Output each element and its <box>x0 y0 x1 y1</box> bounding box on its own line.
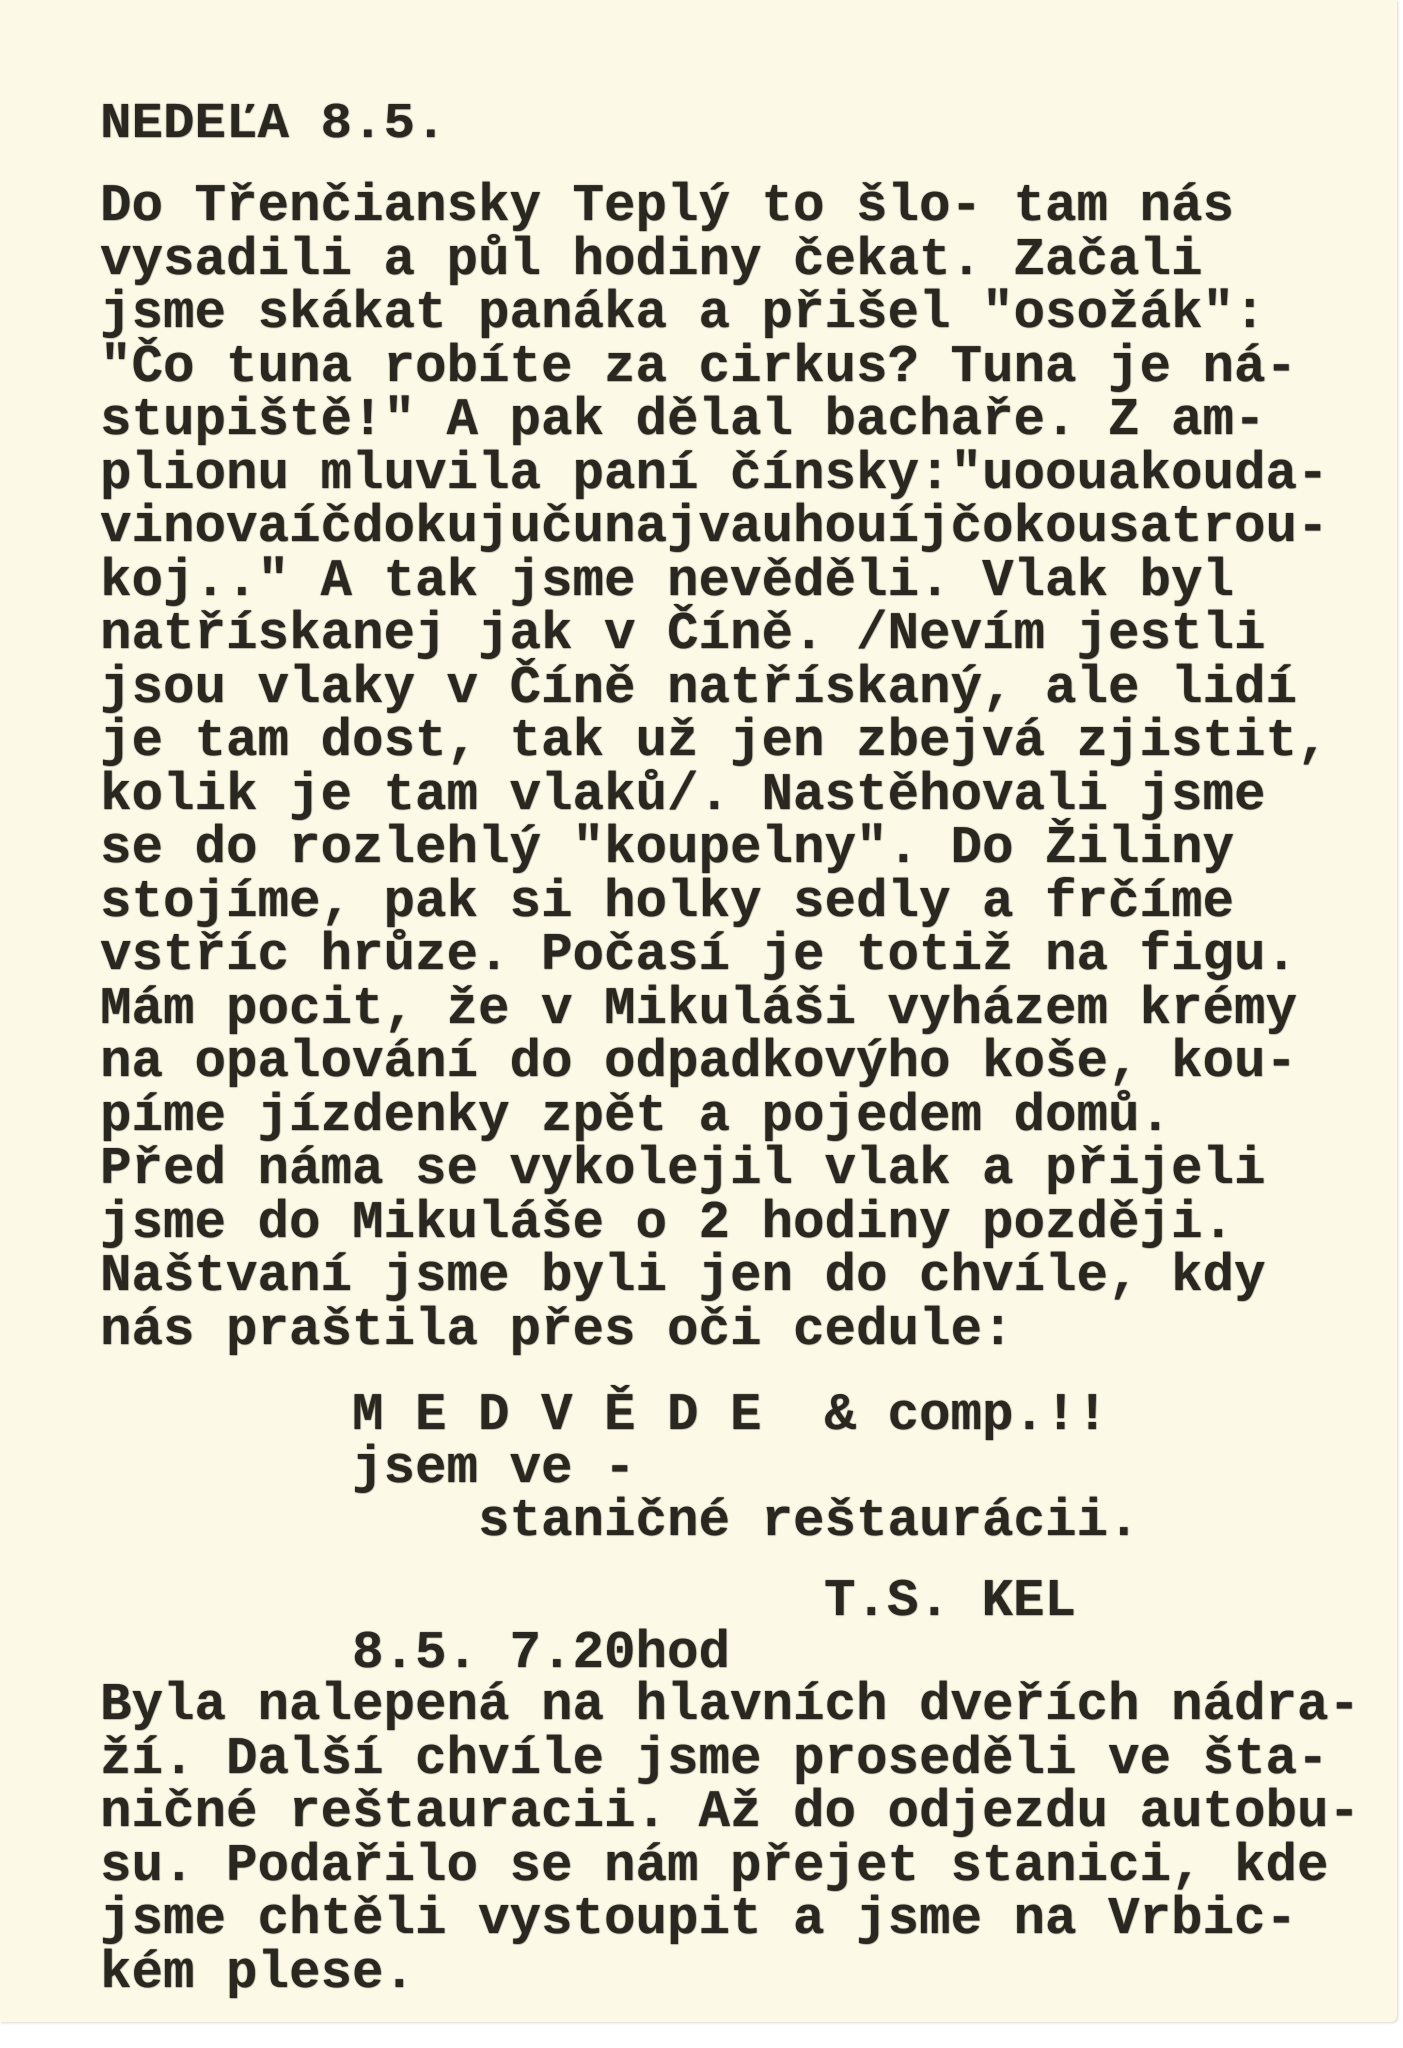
body-line: se do rozlehlý "koupelny". Do Žiliny <box>100 822 1234 875</box>
body-line: koj.." A tak jsme nevěděli. Vlak byl <box>100 555 1234 608</box>
closing-line: Byla nalepená na hlavních dveřích nádra- <box>100 1679 1360 1732</box>
body-line: stupiště!" A pak dělal bachaře. Z am- <box>100 394 1265 447</box>
body-line: "Čo tuna robíte za cirkus? Tuna je ná- <box>100 341 1297 394</box>
body-line: je tam dost, tak už jen zbejvá zjistit, <box>100 715 1328 768</box>
body-line: Mám pocit, že v Mikuláši vyházem krémy <box>100 983 1297 1036</box>
typewritten-page: NEDEĽA 8.5. Do Třenčiansky Teplý to šlo-… <box>0 0 1397 2022</box>
body-line: píme jízdenky zpět a pojedem domů. <box>100 1090 1171 1143</box>
body-line: kolik je tam vlaků/. Nastěhovali jsme <box>100 769 1265 822</box>
body-line: stojíme, pak si holky sedly a frčíme <box>100 876 1234 929</box>
sign-line-restauracii: staničné reštaurácii. <box>478 1495 1139 1548</box>
body-line: jsou vlaky v Číně natřískaný, ale lidí <box>100 662 1297 715</box>
body-line: plionu mluvila paní čínsky:"uoouakouda- <box>100 448 1328 501</box>
author-signature: T.S. KEL <box>824 1575 1076 1628</box>
body-line: natřískanej jak v Číně. /Nevím jestli <box>100 608 1265 661</box>
body-line: jsme do Mikuláše o 2 hodiny později. <box>100 1197 1234 1250</box>
body-line: vstříc hrůze. Počasí je totiž na figu. <box>100 929 1297 982</box>
closing-line: ží. Další chvíle jsme proseděli ve šta- <box>100 1733 1328 1786</box>
sign-line-jsem-ve: jsem ve - <box>352 1442 635 1495</box>
body-line: na opalování do odpadkovýho koše, kou- <box>100 1036 1297 1089</box>
body-line: Naštvaní jsme byli jen do chvíle, kdy <box>100 1250 1265 1303</box>
body-line: vinovaíčdokujučunajvauhouíjčokousatrou- <box>100 501 1328 554</box>
page-title: NEDEĽA 8.5. <box>100 100 446 150</box>
closing-line: jsme chtěli vystoupit a jsme na Vrbic- <box>100 1893 1297 1946</box>
body-line: Před náma se vykolejil vlak a přijeli <box>100 1143 1265 1196</box>
body-line: Do Třenčiansky Teplý to šlo- tam nás <box>100 180 1234 233</box>
body-line: nás praštila přes oči cedule: <box>100 1304 1013 1357</box>
sign-line-medvede: M E D V Ě D E & comp.!! <box>352 1389 1108 1442</box>
body-line: vysadili a půl hodiny čekat. Začali <box>100 234 1202 287</box>
closing-line: su. Podařilo se nám přejet stanici, kde <box>100 1840 1328 1893</box>
closing-line: kém plese. <box>100 1947 415 2000</box>
closing-line: ničné reštauracii. Až do odjezdu autobu- <box>100 1786 1360 1839</box>
timestamp: 8.5. 7.20hod <box>352 1627 730 1680</box>
body-line: jsme skákat panáka a přišel "osožák": <box>100 287 1265 340</box>
